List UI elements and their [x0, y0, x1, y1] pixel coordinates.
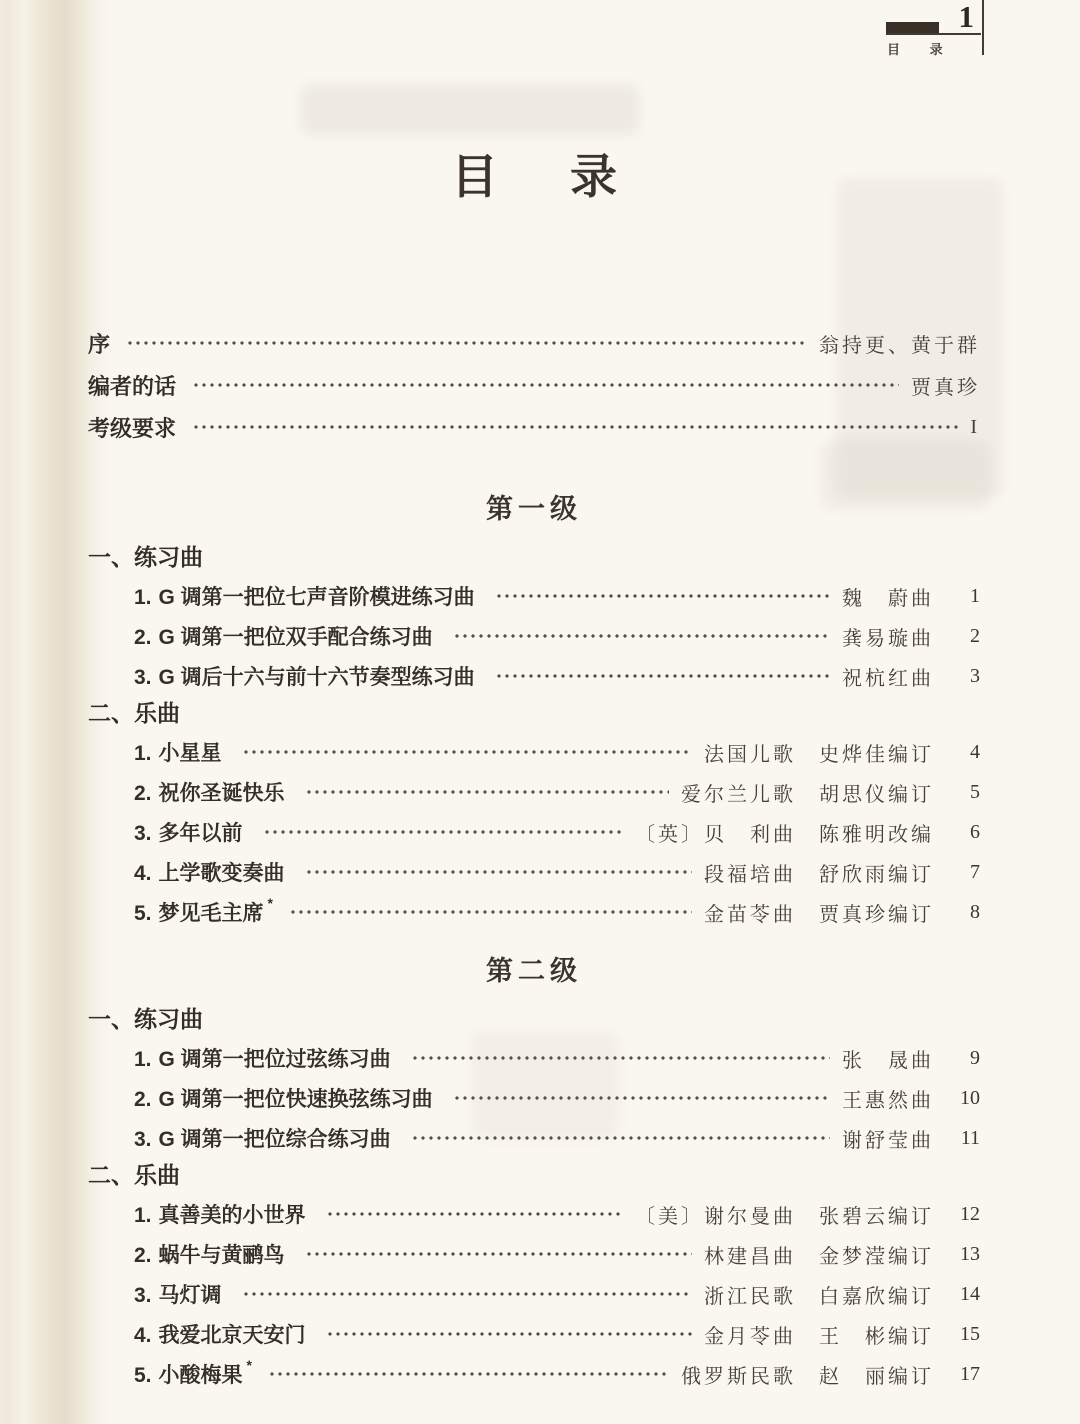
dot-leader	[493, 586, 830, 606]
item-page: 9	[942, 1047, 980, 1070]
dot-leader	[324, 1204, 623, 1224]
item-credit: 王惠然曲	[842, 1084, 934, 1113]
item-title: G 调第一把位过弦练习曲	[159, 1048, 391, 1071]
item-credit: 〔美〕谢尔曼曲 张碧云编订	[635, 1200, 934, 1229]
item-credit: 段福培曲 舒欣雨编订	[704, 858, 934, 887]
toc-item: 3.马灯调 浙江民歌 白嘉欣编订 14	[88, 1274, 980, 1314]
level-section: 第二级 一、练习曲 1.G 调第一把位过弦练习曲 张 晟曲 9 2.G 调第一把…	[88, 956, 980, 1394]
toc-content: 目 录 序 翁持更、黄于群 编者的话 贾真珍 考级要求 I 第一级 一、练	[88, 0, 980, 1394]
toc-item: 2.G 调第一把位快速换弦练习曲 王惠然曲 10	[88, 1078, 980, 1118]
item-number: 2.	[134, 782, 152, 805]
item-title: 真善美的小世界	[159, 1204, 306, 1227]
item-credit: 魏 蔚曲	[842, 582, 934, 611]
item-page: 13	[942, 1243, 980, 1266]
dot-leader	[409, 1128, 830, 1148]
item-page: 3	[942, 665, 980, 688]
item-number: 1.	[134, 1048, 152, 1071]
item-number: 5.	[134, 902, 152, 925]
item-title: G 调第一把位综合练习曲	[159, 1128, 391, 1151]
item-page: 1	[942, 585, 980, 608]
item-page: 7	[942, 861, 980, 884]
toc-item: 3.G 调第一把位综合练习曲 谢舒莹曲 11	[88, 1118, 980, 1158]
item-number: 2.	[134, 1244, 152, 1267]
item-page: 11	[942, 1127, 980, 1150]
item-title: 小酸梅果	[159, 1364, 243, 1387]
item-number: 3.	[134, 1284, 152, 1307]
item-number: 5.	[134, 1364, 152, 1387]
toc-item: 2.蜗牛与黄鹂鸟 林建昌曲 金梦滢编订 13	[88, 1234, 980, 1274]
item-title: 我爱北京天安门	[159, 1324, 306, 1347]
toc-item: 1.小星星 法国儿歌 史烨佳编订 4	[88, 732, 980, 772]
item-page: 17	[942, 1363, 980, 1386]
item-credit: 龚易璇曲	[842, 622, 934, 651]
item-page: 10	[942, 1087, 980, 1110]
asterisk-marker: *	[247, 1357, 252, 1373]
front-matter-list: 序 翁持更、黄于群 编者的话 贾真珍 考级要求 I	[88, 322, 980, 448]
entry-credit: 贾真珍	[911, 371, 980, 400]
item-credit: 祝杭红曲	[842, 662, 934, 691]
item-title: 蜗牛与黄鹂鸟	[159, 1244, 285, 1267]
item-credit: 金苗苓曲 贾真珍编订	[704, 898, 934, 927]
item-title: G 调第一把位双手配合练习曲	[159, 626, 433, 649]
entry-credit: 翁持更、黄于群	[819, 329, 980, 358]
dot-leader	[324, 1324, 692, 1344]
dot-leader	[287, 902, 692, 922]
item-credit: 金月苓曲 王 彬编订	[704, 1320, 934, 1349]
entry-title: 考级要求	[88, 412, 176, 443]
item-number: 1.	[134, 742, 152, 765]
level-heading: 第一级	[88, 494, 980, 524]
dot-leader	[493, 666, 830, 686]
dot-leader	[409, 1048, 830, 1068]
subsection-heading: 一、练习曲	[88, 1002, 980, 1038]
dot-leader	[240, 742, 692, 762]
dot-leader	[190, 417, 958, 437]
item-page: 15	[942, 1323, 980, 1346]
toc-item: 1.G 调第一把位过弦练习曲 张 晟曲 9	[88, 1038, 980, 1078]
item-number: 3.	[134, 1128, 152, 1151]
item-title: 小星星	[159, 742, 222, 765]
dot-leader	[190, 375, 899, 395]
entry-page: I	[970, 416, 980, 439]
item-number: 1.	[134, 586, 152, 609]
dot-leader	[303, 1244, 692, 1264]
toc-item: 1.真善美的小世界 〔美〕谢尔曼曲 张碧云编订 12	[88, 1194, 980, 1234]
item-page: 14	[942, 1283, 980, 1306]
item-page: 2	[942, 625, 980, 648]
item-page: 5	[942, 781, 980, 804]
header-vertical-line	[982, 0, 984, 55]
item-number: 2.	[134, 626, 152, 649]
item-page: 8	[942, 901, 980, 924]
toc-item: 3.G 调后十六与前十六节奏型练习曲 祝杭红曲 3	[88, 656, 980, 696]
item-title: G 调第一把位七声音阶模进练习曲	[159, 586, 475, 609]
item-title: 上学歌变奏曲	[159, 862, 285, 885]
item-title: 梦见毛主席	[159, 902, 264, 925]
toc-item: 2.祝你圣诞快乐 爱尔兰儿歌 胡思仪编订 5	[88, 772, 980, 812]
item-number: 2.	[134, 1088, 152, 1111]
dot-leader	[303, 782, 669, 802]
level-heading: 第二级	[88, 956, 980, 986]
toc-item: 3.多年以前 〔英〕贝 利曲 陈雅明改编 6	[88, 812, 980, 852]
dot-leader	[240, 1284, 692, 1304]
toc-item: 2.G 调第一把位双手配合练习曲 龚易璇曲 2	[88, 616, 980, 656]
item-title: 马灯调	[159, 1284, 222, 1307]
item-credit: 林建昌曲 金梦滢编订	[704, 1240, 934, 1269]
item-number: 4.	[134, 1324, 152, 1347]
subsection-heading: 二、乐曲	[88, 1158, 980, 1194]
item-number: 1.	[134, 1204, 152, 1227]
item-credit: 法国儿歌 史烨佳编订	[704, 738, 934, 767]
item-number: 3.	[134, 822, 152, 845]
asterisk-marker: *	[268, 895, 273, 911]
dot-leader	[451, 626, 830, 646]
item-credit: 爱尔兰儿歌 胡思仪编订	[681, 778, 934, 807]
toc-item: 5.小酸梅果* 俄罗斯民歌 赵 丽编订 17	[88, 1354, 980, 1394]
item-title: G 调后十六与前十六节奏型练习曲	[159, 666, 475, 689]
dot-leader	[303, 862, 692, 882]
toc-item: 5.梦见毛主席* 金苗苓曲 贾真珍编订 8	[88, 892, 980, 932]
subsection-heading: 一、练习曲	[88, 540, 980, 576]
page-title-char: 录	[570, 150, 617, 206]
item-page: 6	[942, 821, 980, 844]
item-number: 3.	[134, 666, 152, 689]
item-page: 12	[942, 1203, 980, 1226]
item-credit: 张 晟曲	[842, 1044, 934, 1073]
page-title: 目 录	[88, 150, 980, 206]
entry-title: 序	[88, 328, 110, 359]
dot-leader	[266, 1364, 669, 1384]
front-matter-row: 序 翁持更、黄于群	[88, 322, 980, 364]
front-matter-row: 考级要求 I	[88, 406, 980, 448]
item-title: G 调第一把位快速换弦练习曲	[159, 1088, 433, 1111]
item-credit: 〔英〕贝 利曲 陈雅明改编	[635, 818, 934, 847]
dot-leader	[451, 1088, 830, 1108]
item-credit: 浙江民歌 白嘉欣编订	[704, 1280, 934, 1309]
entry-title: 编者的话	[88, 370, 176, 401]
dot-leader	[124, 333, 807, 353]
item-title: 多年以前	[159, 822, 243, 845]
scanned-toc-page: 1 目 录 目 录 序 翁持更、黄于群 编者的话 贾真珍 考级要求 I	[0, 0, 1080, 1424]
level-section: 第一级 一、练习曲 1.G 调第一把位七声音阶模进练习曲 魏 蔚曲 1 2.G …	[88, 494, 980, 932]
item-page: 4	[942, 741, 980, 764]
toc-item: 1.G 调第一把位七声音阶模进练习曲 魏 蔚曲 1	[88, 576, 980, 616]
item-number: 4.	[134, 862, 152, 885]
dot-leader	[261, 822, 623, 842]
page-title-char: 目	[451, 150, 498, 206]
front-matter-row: 编者的话 贾真珍	[88, 364, 980, 406]
toc-item: 4.上学歌变奏曲 段福培曲 舒欣雨编订 7	[88, 852, 980, 892]
item-credit: 谢舒莹曲	[842, 1124, 934, 1153]
item-credit: 俄罗斯民歌 赵 丽编订	[681, 1360, 934, 1389]
subsection-heading: 二、乐曲	[88, 696, 980, 732]
item-title: 祝你圣诞快乐	[159, 782, 285, 805]
toc-item: 4.我爱北京天安门 金月苓曲 王 彬编订 15	[88, 1314, 980, 1354]
